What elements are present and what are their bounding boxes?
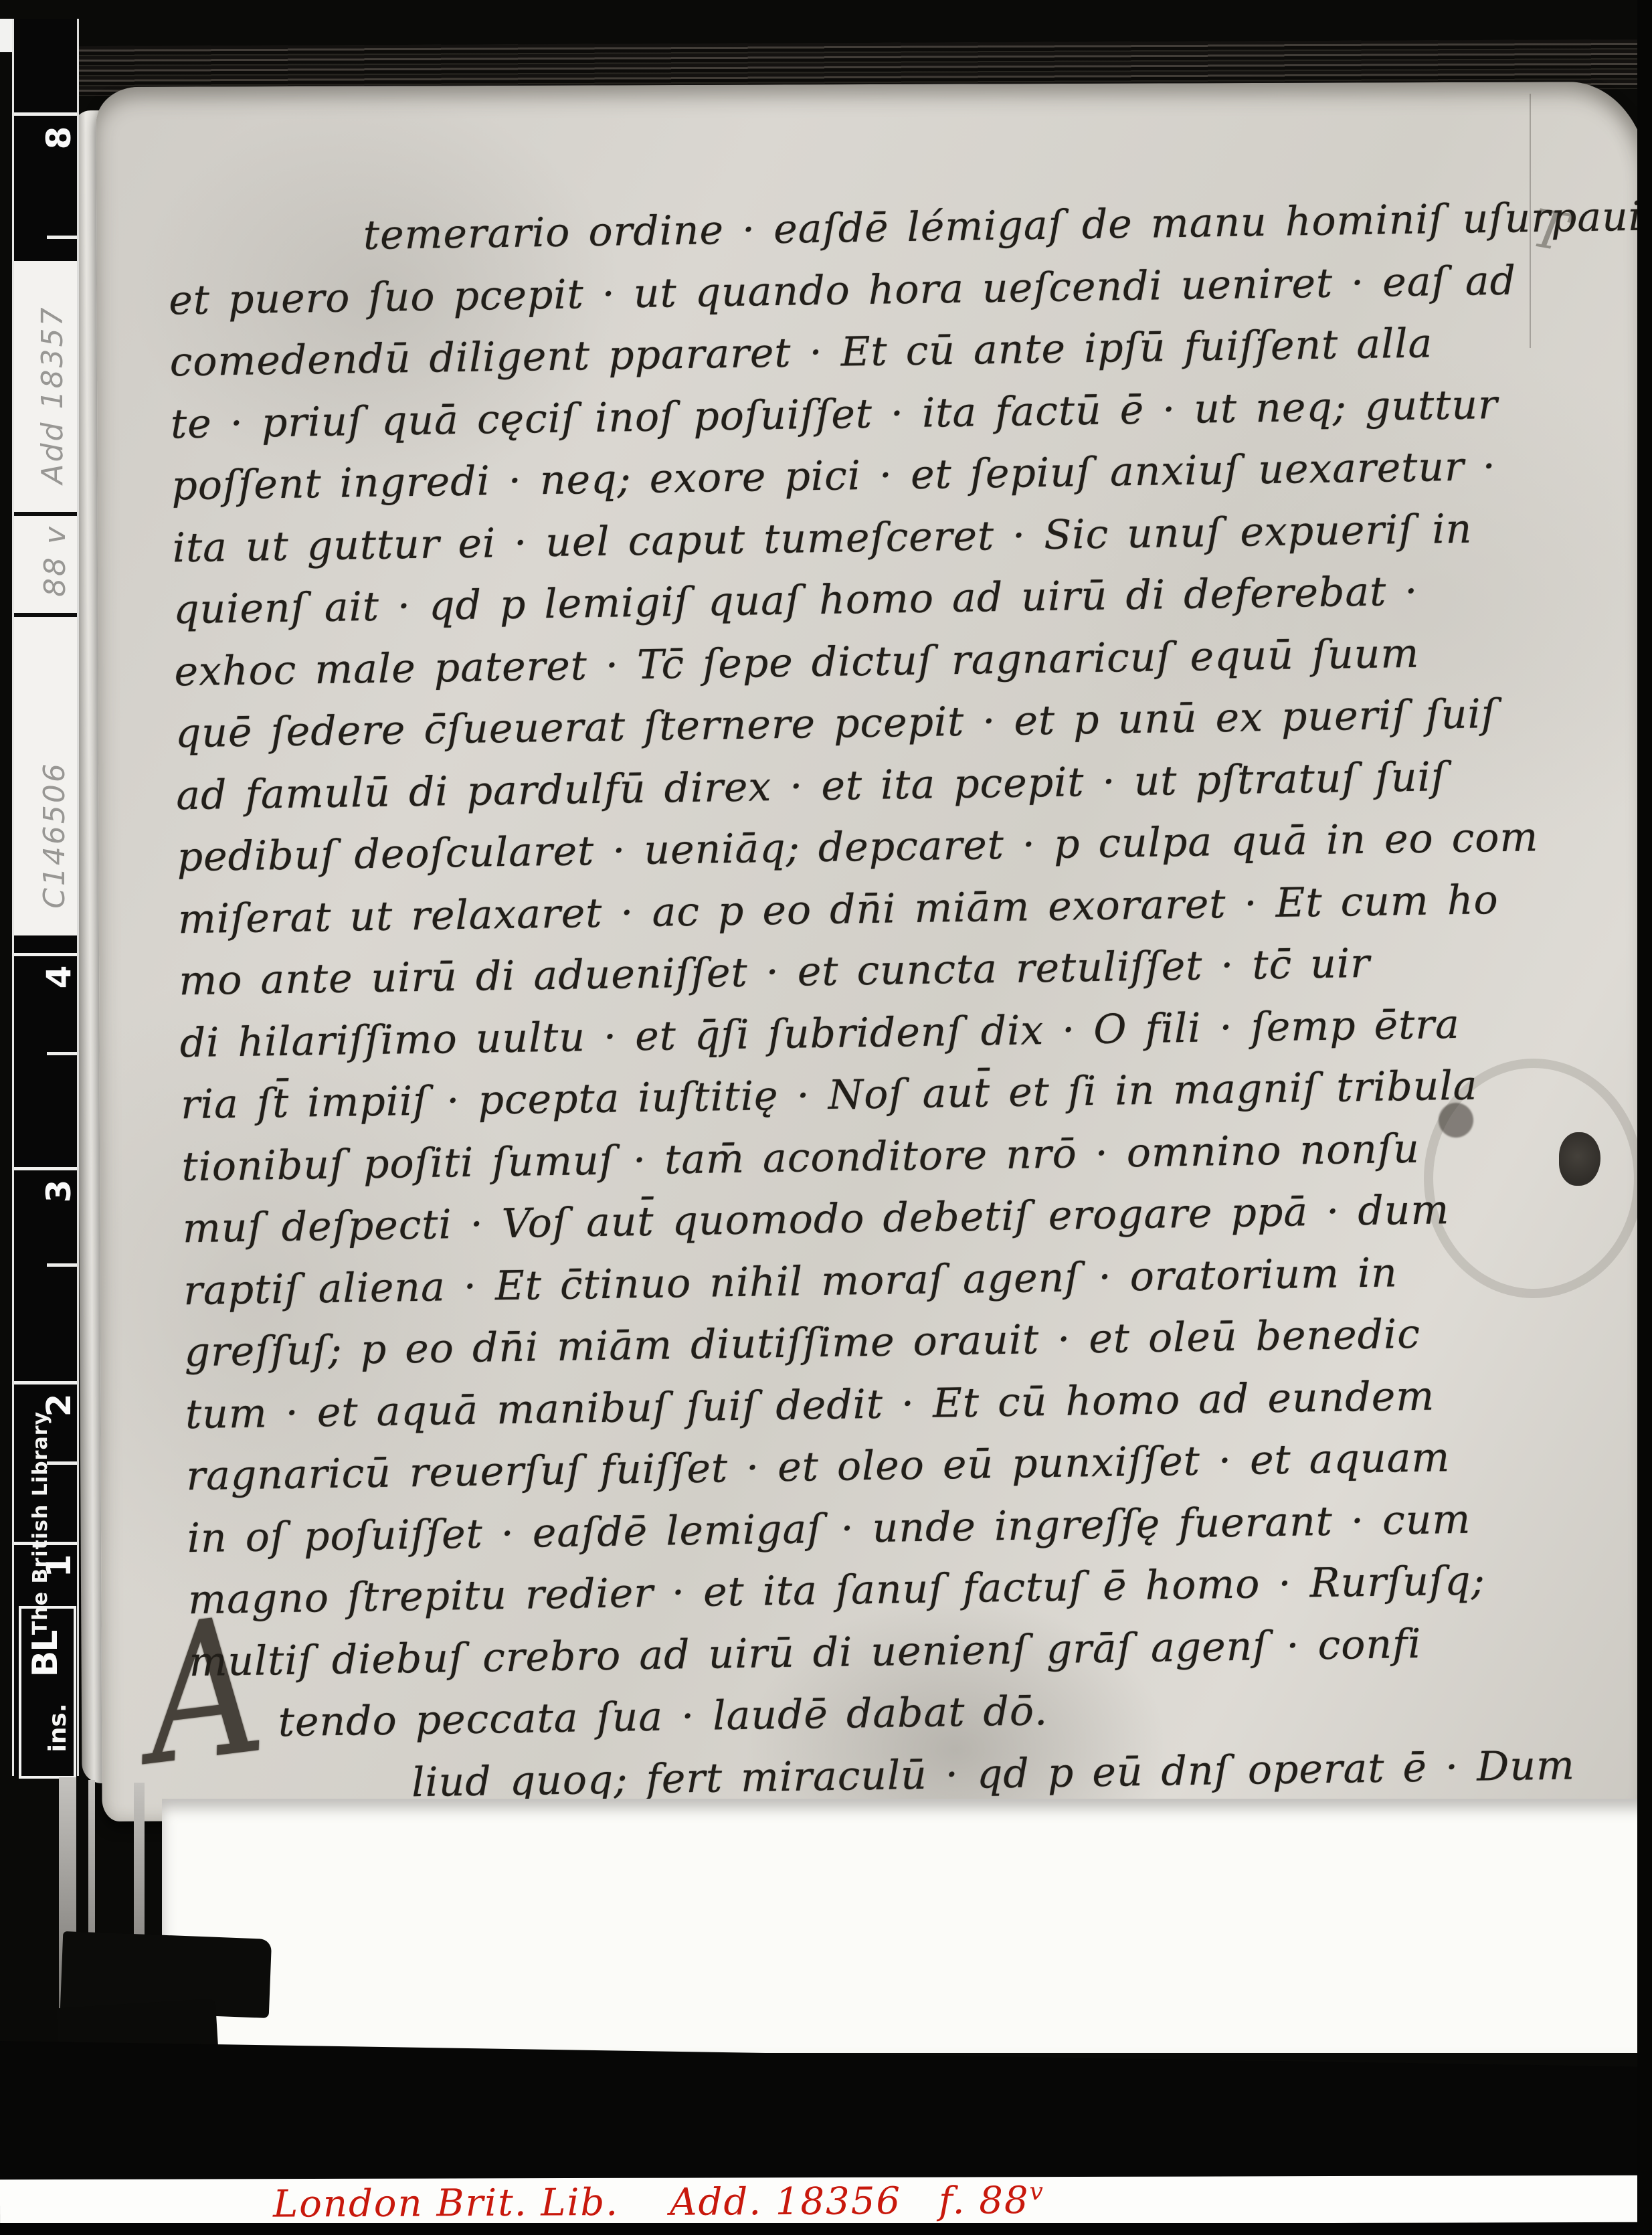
photo-frame-edge	[1637, 0, 1652, 2235]
inches-unit-label: ins.	[43, 1701, 72, 1755]
bl-logo: BL	[24, 1633, 67, 1676]
ruler-number-4: 4	[40, 958, 78, 996]
half-inch-tick	[47, 236, 77, 239]
ruler-edge	[12, 19, 14, 1776]
inch-mark	[14, 1167, 77, 1170]
red-ink-caption: London Brit. Lib.Add. 18356f. 88v	[273, 2178, 1044, 2226]
flyleaf-page	[162, 1799, 1652, 2053]
pencil-shelfmark: Add 18357	[36, 261, 68, 529]
caption-folio: f. 88	[939, 2179, 1030, 2223]
pencil-folio-note: 88 v	[39, 507, 71, 614]
half-inch-tick	[47, 1263, 77, 1267]
caption-shelfmark: Add. 18356	[670, 2179, 901, 2224]
photo-frame-edge	[0, 2223, 1652, 2235]
caption-location: London Brit. Lib.	[273, 2181, 619, 2226]
bl-inch-ruler: 8 4 3 2 1 Add 18357 88 v C146506 The Bri…	[12, 19, 79, 1776]
caption-folio-verso: v	[1029, 2178, 1044, 2206]
ruler-number-3: 3	[40, 1172, 78, 1210]
ruler-number-8: 8	[40, 119, 78, 157]
inch-mark	[14, 953, 77, 956]
pencil-negative-number: C146506	[38, 725, 70, 946]
ruler-edge	[77, 19, 79, 1776]
photo-frame: T A temerario ordine · eaſdē lémigaſ de …	[0, 0, 1652, 2235]
inch-mark	[14, 112, 77, 116]
manuscript-text-block: temerario ordine · eaſdē lémigaſ de manu…	[167, 186, 1652, 1817]
half-inch-tick	[47, 1052, 77, 1055]
